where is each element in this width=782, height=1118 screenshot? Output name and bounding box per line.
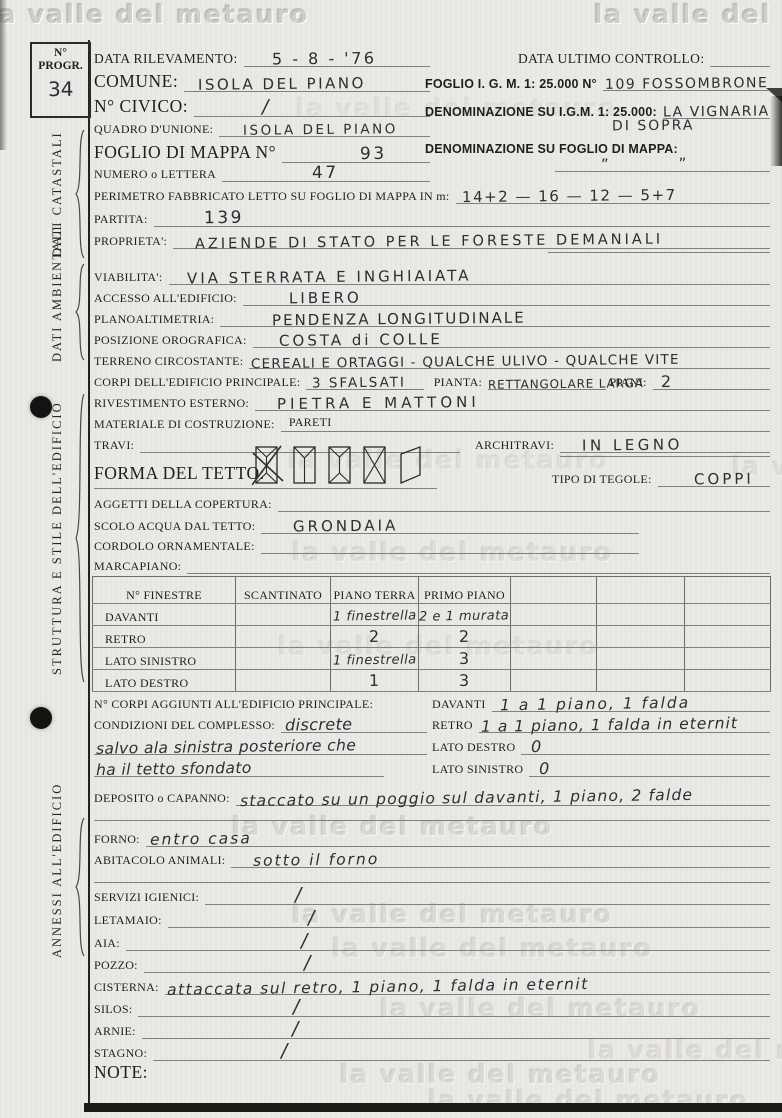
field-line-blank <box>94 806 770 821</box>
finestre-row-label: LATO SINISTRO <box>93 648 236 670</box>
field-row-data-ultimo-controllo: DATA ULTIMO CONTROLLO: <box>518 46 770 67</box>
finestre-cell: 2 <box>419 626 511 648</box>
field-line: 47 <box>222 163 430 182</box>
handwritten-value: 3 <box>459 671 469 690</box>
scan-edge-shadow <box>0 0 7 150</box>
watermark-text: la valle del metauro <box>594 0 782 29</box>
handwritten-value: 1 a 1 piano, 1 falda in eternit <box>481 714 738 736</box>
field-label: LATO DESTRO <box>432 740 521 755</box>
field-label: MARCAPIANO: <box>94 559 187 574</box>
field-label: FOGLIO I. G. M. 1: 25.000 N° <box>425 77 603 91</box>
field-line: / <box>205 884 770 905</box>
progr-no-label: N° <box>32 47 89 60</box>
sidebar-section-annessi: ANNESSI ALL'EDIFICIO <box>50 816 65 958</box>
finestre-cell: 1 finestrella <box>331 648 419 670</box>
field-label: SERVIZI IGIENICI: <box>94 890 205 905</box>
finestre-cell <box>511 604 597 626</box>
field-line: GRONDAIA <box>261 517 639 534</box>
field-line-continuation <box>548 238 770 253</box>
handwritten-value: / <box>281 1040 288 1062</box>
field-label: ARCHITRAVI: <box>475 438 560 453</box>
field-line: / <box>194 96 430 117</box>
field-label: DENOMINAZIONE SU I.G.M. 1: 25.000: <box>425 105 663 119</box>
finestre-cell <box>685 670 771 692</box>
field-row-abitacolo-animali: ABITACOLO ANIMALI: sotto il forno <box>94 847 770 868</box>
handwritten-value: / <box>304 952 311 974</box>
handwritten-value: 109 FOSSOMBRONE <box>605 75 768 93</box>
field-row-posizione-orografica: POSIZIONE OROGRAFICA: COSTA di COLLE <box>94 327 770 348</box>
handwritten-value: 5 - 8 - '76 <box>272 48 377 68</box>
field-line: RETTANGOLARE LARGA <box>488 377 605 390</box>
finestre-cell: 1 finestrella <box>331 604 419 626</box>
finestre-cell: 1 <box>331 670 419 692</box>
field-label: FOGLIO DI MAPPA N° <box>94 142 282 163</box>
field-line: COSTA di COLLE <box>253 331 770 348</box>
finestre-cell <box>685 648 771 670</box>
handwritten-value: COPPI <box>694 470 754 489</box>
field-label: SILOS: <box>94 1002 138 1017</box>
handwritten-value: 3 <box>459 649 469 668</box>
progr-label: PROGR. <box>32 60 89 73</box>
field-line: ISOLA DEL PIANO <box>184 75 430 92</box>
printed-value: PARETI <box>289 415 332 430</box>
scan-edge-shadow <box>770 96 782 166</box>
field-row-corpi-aggiunti-davanti: DAVANTI 1 a 1 piano, 1 falda <box>432 691 770 712</box>
field-line: 0 <box>529 759 770 777</box>
field-label: SCOLO ACQUA DAL TETTO: <box>94 519 261 534</box>
finestre-header-cell: PIANO TERRA <box>331 577 419 604</box>
field-line: 3 SFALSATI <box>306 375 423 390</box>
field-label: PERIMETRO FABBRICATO LETTO SU FOGLIO DI … <box>94 189 456 204</box>
finestre-cell <box>236 648 331 670</box>
field-row-denominazione-mappa-line: ” ” <box>555 158 770 172</box>
field-line <box>710 66 770 67</box>
field-label: RIVESTIMENTO ESTERNO: <box>94 396 255 411</box>
finestre-row-label: RETRO <box>93 626 236 648</box>
section-brace <box>74 128 86 260</box>
left-rule <box>88 40 90 1106</box>
field-label: COMUNE: <box>94 71 184 92</box>
handwritten-value: 14+2 — 16 — 12 — 5+7 <box>461 186 676 206</box>
field-row-rivestimento: RIVESTIMENTO ESTERNO: PIETRA E MATTONI <box>94 390 770 411</box>
handwritten-value: COSTA di COLLE <box>279 330 443 350</box>
finestre-row-label: LATO DESTRO <box>93 670 236 692</box>
field-row-condizioni-line2: salvo ala sinistra posteriore che <box>94 734 427 755</box>
finestre-row-label: DAVANTI <box>93 604 236 626</box>
hole-punch <box>30 396 52 418</box>
field-row-terreno-circostante: TERRENO CIRCOSTANTE: CEREALI E ORTAGGI -… <box>94 348 770 369</box>
handwritten-value: 1 <box>369 671 379 690</box>
finestre-cell: 3 <box>419 648 511 670</box>
field-label: LATO SINISTRO <box>432 762 529 777</box>
handwritten-value: / <box>293 996 300 1018</box>
handwritten-value: / <box>295 884 302 906</box>
field-line: 14+2 — 16 — 12 — 5+7 <box>456 187 770 204</box>
finestre-cell <box>511 648 597 670</box>
handwritten-value: ” ” <box>601 155 689 174</box>
field-label-denominazione-mappa: DENOMINAZIONE SU FOGLIO DI MAPPA: <box>425 142 678 156</box>
finestre-header-cell: N° FINESTRE <box>93 577 236 604</box>
handwritten-value: 0 <box>531 737 542 756</box>
section-brace <box>74 816 86 958</box>
field-row-planoaltimetria: PLANOALTIMETRIA: PENDENZA LONGITUDINALE <box>94 306 770 327</box>
finestre-cell <box>511 626 597 648</box>
finestre-cell <box>597 604 685 626</box>
field-line: / <box>168 907 770 928</box>
handwritten-value: / <box>292 1018 299 1040</box>
handwritten-value: salvo ala sinistra posteriore che <box>96 736 356 758</box>
field-label: ACCESSO ALL'EDIFICIO: <box>94 291 243 306</box>
handwritten-value: 2 e 1 murata <box>419 608 509 624</box>
field-line: staccato su un poggio sul davanti, 1 pia… <box>236 789 770 806</box>
finestre-cell: 3 <box>419 670 511 692</box>
field-row-corpi-aggiunti-lato-destro: LATO DESTRO 0 <box>432 734 770 755</box>
finestre-cell <box>236 626 331 648</box>
field-line: attaccata sul retro, 1 piano, 1 falda in… <box>165 978 770 995</box>
section-brace <box>74 392 86 684</box>
field-line <box>187 573 770 574</box>
handwritten-value: / <box>301 930 308 952</box>
field-row-numero-lettera: NUMERO o LETTERA 47 <box>94 162 430 182</box>
field-row-accesso: ACCESSO ALL'EDIFICIO: LIBERO <box>94 285 770 306</box>
handwritten-value: 2 <box>369 627 379 646</box>
field-line: 139 <box>154 208 770 227</box>
field-row-forno: FORNO: entro casa <box>94 826 770 847</box>
field-line-continuation <box>560 442 770 457</box>
handwritten-value: 47 <box>312 163 339 183</box>
field-row-partita: PARTITA: 139 <box>94 205 770 227</box>
field-label: TERRENO CIRCOSTANTE: <box>94 354 249 369</box>
field-row-silos: SILOS: / <box>94 996 770 1017</box>
field-line: CEREALI E ORTAGGI - QUALCHE ULIVO - QUAL… <box>249 354 770 369</box>
field-row-scolo-acqua: SCOLO ACQUA DAL TETTO: GRONDAIA <box>94 512 639 534</box>
field-row-marcapiano: MARCAPIANO: <box>94 554 770 574</box>
field-line: / <box>138 996 770 1017</box>
field-row-aia: AIA: / <box>94 930 770 951</box>
handwritten-value: sotto il forno <box>253 850 380 870</box>
finestre-cell <box>597 670 685 692</box>
handwritten-value: 1 finestrella <box>333 608 417 624</box>
handwritten-value: 139 <box>204 208 244 228</box>
field-line: VIA STERRATA E INGHIAIATA <box>169 268 771 285</box>
field-label: MATERIALE DI COSTRUZIONE: <box>94 417 281 432</box>
field-line: 5 - 8 - '76 <box>244 49 430 67</box>
field-label: AGGETTI DELLA COPERTURA: <box>94 497 278 512</box>
field-row-pozzo: POZZO: / <box>94 952 770 973</box>
section-brace <box>74 262 86 362</box>
finestre-header-cell <box>597 577 685 604</box>
handwritten-value: / <box>308 907 315 929</box>
finestre-header-cell <box>511 577 597 604</box>
field-line: / <box>142 1018 770 1039</box>
field-line: salvo ala sinistra posteriore che <box>94 738 427 755</box>
field-row-comune: COMUNE: ISOLA DEL PIANO <box>94 68 430 92</box>
field-row-cordolo: CORDOLO ORNAMENTALE: <box>94 534 639 554</box>
field-row-letamaio: LETAMAIO: / <box>94 907 770 928</box>
field-line: 1 a 1 piano, 1 falda <box>492 695 770 712</box>
field-row-data-rilevamento: DATA RILEVAMENTO: 5 - 8 - '76 <box>94 46 430 67</box>
field-label: FORNO: <box>94 832 146 847</box>
field-label: VIABILITA': <box>94 270 169 285</box>
field-row-perimetro: PERIMETRO FABBRICATO LETTO SU FOGLIO DI … <box>94 184 770 204</box>
finestre-cell <box>685 604 771 626</box>
field-line: / <box>144 952 770 973</box>
field-row-corpi-aggiunti-retro: RETRO 1 a 1 piano, 1 falda in eternit <box>432 712 770 733</box>
field-line: PARETI <box>281 415 770 432</box>
field-row-deposito: DEPOSITO o CAPANNO: staccato su un poggi… <box>94 782 770 806</box>
field-label: CORPI DELL'EDIFICIO PRINCIPALE: <box>94 375 306 390</box>
finestre-row: LATO DESTRO 1 3 <box>93 670 771 692</box>
field-row-stagno: STAGNO: / <box>94 1040 770 1061</box>
finestre-row: DAVANTI 1 finestrella 2 e 1 murata <box>93 604 771 626</box>
field-label: LETAMAIO: <box>94 913 168 928</box>
field-line: ha il tetto sfondato <box>94 760 384 777</box>
field-line: COPPI <box>658 470 770 487</box>
finestre-row: LATO SINISTRO 1 finestrella 3 <box>93 648 771 670</box>
field-label: DAVANTI <box>432 697 492 712</box>
finestre-cell <box>236 670 331 692</box>
finestre-cell <box>685 626 771 648</box>
field-line: ” ” <box>555 155 770 172</box>
sidebar-section-dati-ambientali: DATI AMBIENTALI <box>50 262 65 362</box>
field-line: entro casa <box>146 830 770 847</box>
field-label: POZZO: <box>94 958 144 973</box>
field-label: TRAVI: <box>94 438 140 453</box>
watermark-text: la valle del metauro <box>340 1060 661 1089</box>
handwritten-value: GRONDAIA <box>293 516 398 535</box>
field-line: discrete <box>281 715 427 733</box>
field-row-condizioni: CONDIZIONI DEL COMPLESSO: discrete <box>94 712 427 733</box>
field-label: N° CIVICO: <box>94 96 194 117</box>
finestre-cell <box>236 604 331 626</box>
hole-punch <box>30 707 52 729</box>
progr-box: N° PROGR. 34 <box>30 42 91 118</box>
field-line: 109 FOSSOMBRONE <box>603 76 770 91</box>
field-label: CISTERNA: <box>94 980 165 995</box>
handwritten-value: 2 <box>661 372 674 391</box>
field-row-materiale: MATERIALE DI COSTRUZIONE: PARETI <box>94 411 770 432</box>
finestre-header-cell: PRIMO PIANO <box>419 577 511 604</box>
field-label-pianta: PIANTA: <box>424 375 488 390</box>
field-line: 1 a 1 piano, 1 falda in eternit <box>479 716 770 733</box>
field-row-corpi-aggiunti-lato-sinistro: LATO SINISTRO 0 <box>432 756 770 777</box>
finestre-cell <box>597 648 685 670</box>
handwritten-value: / <box>262 96 269 118</box>
field-row-corpi-principale: CORPI DELL'EDIFICIO PRINCIPALE: 3 SFALSA… <box>94 369 770 390</box>
finestre-table: N° FINESTRE SCANTINATO PIANO TERRA PRIMO… <box>92 576 771 692</box>
field-row-servizi-igienici: SERVIZI IGIENICI: / <box>94 884 770 905</box>
field-row-cisterna: CISTERNA: attaccata sul retro, 1 piano, … <box>94 974 770 995</box>
finestre-cell <box>597 626 685 648</box>
field-label: QUADRO D'UNIONE: <box>94 122 219 137</box>
field-line: sotto il forno <box>231 851 770 868</box>
handwritten-value: LIBERO <box>289 289 362 308</box>
finestre-cell: 2 <box>331 626 419 648</box>
field-row-n-civico: N° CIVICO: / <box>94 93 430 117</box>
handwritten-value: ISOLA DEL PIANO <box>198 74 366 94</box>
field-label: DATA ULTIMO CONTROLLO: <box>518 51 710 67</box>
field-label: TIPO DI TEGOLE: <box>552 472 658 487</box>
field-line <box>94 474 437 489</box>
field-row-quadro-unione: QUADRO D'UNIONE: ISOLA DEL PIANO <box>94 117 430 137</box>
field-label: PROPRIETA': <box>94 234 173 249</box>
field-label: RETRO <box>432 718 479 733</box>
scanned-survey-form: la valle del metauro la valle del metaur… <box>0 0 782 1118</box>
field-line: PIETRA E MATTONI <box>255 394 770 411</box>
watermark-text: la valle del metauro <box>0 0 309 29</box>
field-label: PLANOALTIMETRIA: <box>94 312 220 327</box>
field-label: AIA: <box>94 936 126 951</box>
field-label-corpi-aggiunti: N° CORPI AGGIUNTI ALL'EDIFICIO PRINCIPAL… <box>94 697 373 712</box>
field-label: ABITACOLO ANIMALI: <box>94 853 231 868</box>
field-label: POSIZIONE OROGRAFICA: <box>94 333 253 348</box>
finestre-header-cell <box>685 577 771 604</box>
bottom-rule <box>84 1103 782 1112</box>
handwritten-value-denominazione-igm-line2: DI SOPRA <box>612 118 695 135</box>
field-line: 2 <box>653 372 770 390</box>
field-label: PARTITA: <box>94 212 154 227</box>
field-label: DEPOSITO o CAPANNO: <box>94 791 236 806</box>
handwritten-value: ISOLA DEL PIANO <box>243 121 398 139</box>
finestre-row: RETRO 2 2 <box>93 626 771 648</box>
handwritten-value: 1 finestrella <box>333 652 417 668</box>
handwritten-value: 0 <box>539 759 550 778</box>
field-line: 93 <box>282 144 430 163</box>
sidebar-section-struttura-stile: STRUTTURA E STILE DELL'EDIFICIO <box>50 392 65 684</box>
handwritten-value: discrete <box>285 715 353 735</box>
field-label: STAGNO: <box>94 1046 153 1061</box>
field-row-foglio-mappa: FOGLIO DI MAPPA N° 93 <box>94 139 430 163</box>
finestre-header-cell: SCANTINATO <box>236 577 331 604</box>
handwritten-value: 3 SFALSATI <box>312 375 406 392</box>
field-label: NUMERO o LETTERA <box>94 167 222 182</box>
field-line: 0 <box>521 737 770 755</box>
field-line-blank <box>94 868 770 883</box>
field-line: ISOLA DEL PIANO <box>219 122 430 137</box>
field-label-note: NOTE: <box>94 1062 148 1083</box>
field-row-denominazione-igm: DENOMINAZIONE SU I.G.M. 1: 25.000: LA VI… <box>425 98 770 119</box>
field-row-viabilita: VIABILITA': VIA STERRATA E INGHIAIATA <box>94 264 770 285</box>
field-line: PENDENZA LONGITUDINALE <box>220 310 770 327</box>
progr-value: 34 <box>48 77 74 101</box>
field-line: / <box>126 930 770 951</box>
finestre-cell: 2 e 1 murata <box>419 604 511 626</box>
field-line: / <box>153 1040 770 1061</box>
finestre-header-row: N° FINESTRE SCANTINATO PIANO TERRA PRIMO… <box>93 577 771 604</box>
field-row-arnie: ARNIE: / <box>94 1018 770 1039</box>
field-label: CORDOLO ORNAMENTALE: <box>94 539 261 554</box>
field-row-foglio-igm: FOGLIO I. G. M. 1: 25.000 N° 109 FOSSOMB… <box>425 70 770 91</box>
field-row-tipo-tegole: TIPO DI TEGOLE: COPPI <box>552 466 770 487</box>
handwritten-value: entro casa <box>150 829 252 848</box>
field-label: ARNIE: <box>94 1024 142 1039</box>
field-label: CONDIZIONI DEL COMPLESSO: <box>94 718 281 733</box>
handwritten-value: 2 <box>459 627 469 646</box>
handwritten-value: ha il tetto sfondato <box>96 759 252 779</box>
finestre-cell <box>511 670 597 692</box>
field-row-condizioni-line3: ha il tetto sfondato <box>94 756 384 777</box>
field-label: DATA RILEVAMENTO: <box>94 51 244 67</box>
field-row-aggetti: AGGETTI DELLA COPERTURA: <box>94 492 770 512</box>
field-line: LIBERO <box>243 289 770 306</box>
